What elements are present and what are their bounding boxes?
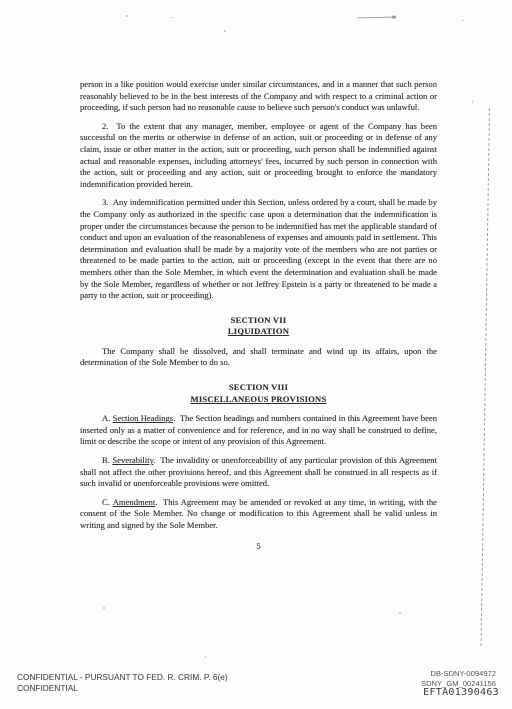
clause-c-period: . bbox=[155, 497, 157, 507]
confidential-stamp-line-1: CONFIDENTIAL - PURSUANT TO FED. R. CRIM.… bbox=[17, 672, 228, 683]
section-7-title: SECTION VII bbox=[80, 315, 437, 327]
confidential-stamp: CONFIDENTIAL - PURSUANT TO FED. R. CRIM.… bbox=[17, 672, 228, 694]
clause-a-label: A. bbox=[102, 413, 110, 423]
section-8-heading: SECTION VIII MISCELLANEOUS PROVISIONS bbox=[80, 382, 437, 405]
scan-artifact-vertical-dashed-line bbox=[481, 108, 490, 646]
section-8-title: SECTION VIII bbox=[80, 382, 437, 394]
scan-speck bbox=[171, 17, 173, 18]
section-7-subtitle: LIQUIDATION bbox=[80, 326, 437, 338]
scan-speck bbox=[462, 20, 464, 21]
clause-b-period: . bbox=[153, 455, 155, 465]
scan-speck bbox=[399, 612, 401, 614]
scan-speck bbox=[471, 100, 473, 104]
bates-numbers: DB-SDNY-0094972 SDNY_GM_00241156 EFTA013… bbox=[421, 669, 496, 698]
scan-speck bbox=[103, 607, 105, 609]
scanned-document-page: person in a like position would exercise… bbox=[0, 0, 512, 709]
page-number: 5 bbox=[80, 541, 437, 553]
clause-a-heading: Section Headings bbox=[113, 413, 174, 423]
paragraph-2-text: To the extent that any manager, member, … bbox=[80, 121, 437, 189]
scan-speck bbox=[224, 30, 226, 32]
document-body: person in a like position would exercise… bbox=[80, 79, 437, 552]
paragraph-3: 3. Any indemnification permitted under t… bbox=[80, 197, 437, 301]
clause-b-heading: Severability bbox=[112, 455, 153, 465]
section-7-heading: SECTION VII LIQUIDATION bbox=[80, 315, 437, 338]
paragraph-2-number: 2. bbox=[102, 121, 108, 131]
clause-a-period: . bbox=[173, 413, 175, 423]
bates-number-db-sdny: DB-SDNY-0094972 bbox=[421, 669, 496, 679]
clause-c-amendment: C. Amendment. This Agreement may be amen… bbox=[80, 497, 437, 532]
clause-a-section-headings: A. Section Headings. The Section heading… bbox=[80, 413, 437, 448]
scan-speck bbox=[126, 15, 128, 17]
clause-c-heading: Amendment bbox=[113, 497, 155, 507]
clause-b-label: B. bbox=[102, 455, 110, 465]
clause-b-severability: B. Severability. The invalidity or unenf… bbox=[80, 455, 437, 490]
clause-c-label: C. bbox=[102, 497, 110, 507]
paragraph-2: 2. To the extent that any manager, membe… bbox=[80, 121, 437, 191]
scan-artifact-top-dash bbox=[357, 17, 392, 19]
paragraph-continuation: person in a like position would exercise… bbox=[80, 79, 437, 114]
confidential-stamp-line-2: CONFIDENTIAL bbox=[17, 683, 228, 694]
section-7-body: The Company shall be dissolved, and shal… bbox=[80, 346, 437, 369]
scan-speck bbox=[205, 655, 206, 658]
paragraph-3-text: Any indemnification permitted under this… bbox=[80, 197, 437, 300]
paragraph-3-number: 3. bbox=[102, 197, 108, 207]
bates-number-efta: EFTA01390463 bbox=[421, 688, 499, 698]
section-8-subtitle: MISCELLANEOUS PROVISIONS bbox=[80, 394, 437, 406]
